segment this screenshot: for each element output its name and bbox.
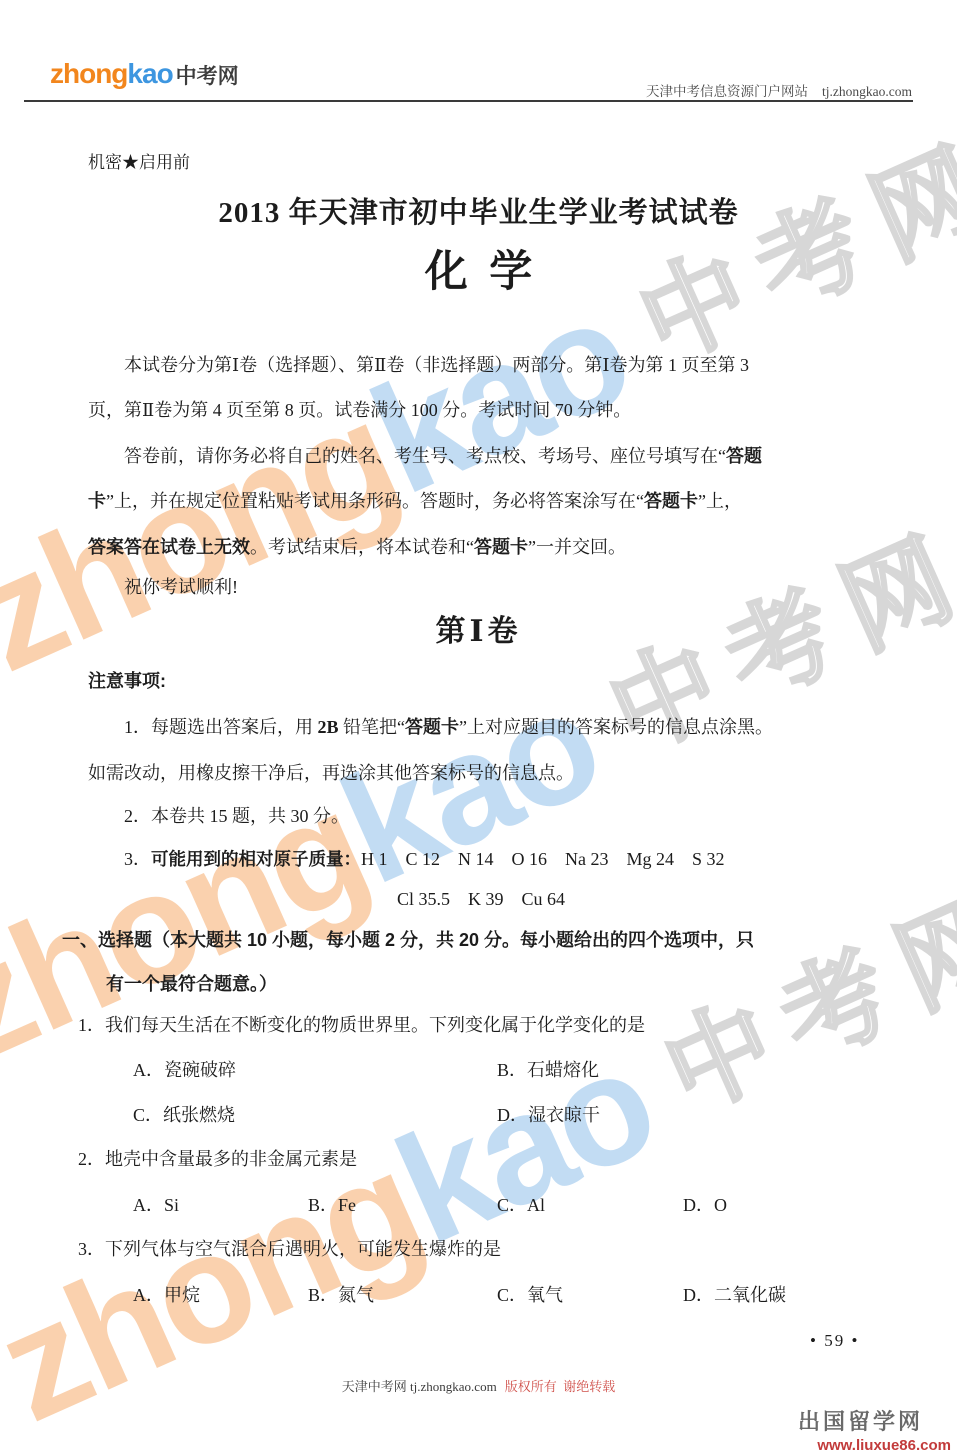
page-number: • 59 • [810, 1331, 859, 1351]
portal-name: 天津中考信息资源门户网站 [646, 84, 808, 99]
intro-line: 页，第Ⅱ卷为第 4 页至第 8 页。试卷满分 100 分。考试时间 70 分钟。 [88, 397, 874, 423]
note-text: H 1 C 12 N 14 O 16 Na 23 Mg 24 S 32 [361, 849, 725, 869]
atomic-mass-line: Cl 35.5 K 39 Cu 64 [397, 889, 565, 909]
option-d: D．二氧化碳 [683, 1281, 786, 1307]
logo-cjk-text: 中考网 [176, 60, 239, 90]
intro-text-bold: 答案答在试卷上无效 [88, 537, 250, 557]
note-line: 如需改动，用橡皮擦干净后，再选涂其他答案标号的信息点。 [88, 760, 874, 786]
intro-text-bold: 答题卡 [644, 491, 698, 511]
option-b: B．Fe [308, 1191, 356, 1217]
option-d: D．O [683, 1191, 727, 1217]
intro-text: 祝你考试顺利! [124, 577, 238, 597]
option-d: D．湿衣晾干 [497, 1101, 600, 1127]
note-text-heiti: 可能用到的相对原子质量： [151, 849, 361, 869]
intro-text-bold: 答题卡 [474, 537, 528, 557]
intro-text: 答卷前，请你务必将自己的姓名、考生号、考点校、考场号、座位号填写在“ [124, 446, 726, 466]
option-a: A．甲烷 [133, 1281, 200, 1307]
intro-line: 本试卷分为第Ⅰ卷（选择题）、第Ⅱ卷（非选择题）两部分。第Ⅰ卷为第 1 页至第 3 [88, 352, 874, 378]
intro-text: 页，第Ⅱ卷为第 4 页至第 8 页。试卷满分 100 分。考试时间 70 分钟。 [88, 400, 631, 420]
exam-title: 2013 年天津市初中毕业生学业考试试卷 [0, 190, 957, 231]
note-text: 如需改动，用橡皮擦干净后，再选涂其他答案标号的信息点。 [88, 763, 574, 783]
note-line: 1．每题选出答案后，用 2B 铅笔把“答题卡”上对应题目的答案标号的信息点涂黑。 [88, 714, 874, 740]
zhongkao-logo[interactable]: zhongkao中考网 [50, 58, 239, 90]
intro-text-bold: 卡 [88, 491, 106, 511]
liuxue-url-link[interactable]: www.liuxue86.com [798, 1437, 951, 1453]
watermark-cjk-text: 中考网 [651, 877, 957, 1128]
header-divider [24, 100, 913, 102]
note-text: 铅笔把“ [339, 717, 406, 737]
intro-text: 本试卷分为第Ⅰ卷（选择题）、第Ⅱ卷（非选择题）两部分。第Ⅰ卷为第 1 页至第 3 [124, 355, 749, 375]
notes-heading: 注意事项: [88, 668, 874, 694]
option-a: A．Si [133, 1191, 179, 1217]
secrecy-notice: 机密★启用前 [88, 148, 190, 173]
section1-heading-line2: 有一个最符合题意。） [106, 971, 892, 997]
note-text: 3． [124, 849, 151, 869]
intro-text: ”上， [698, 491, 742, 511]
portal-url-link[interactable]: tj.zhongkao.com [822, 84, 912, 99]
copyright-site-link[interactable]: 天津中考网 tj.zhongkao.com [342, 1379, 497, 1394]
question-stem: 1．我们每天生活在不断变化的物质世界里。下列变化属于化学变化的是 [78, 1012, 864, 1038]
option-b: B．氮气 [308, 1281, 374, 1307]
question-stem: 2．地壳中含量最多的非金属元素是 [78, 1146, 864, 1172]
option-c: C．纸张燃烧 [133, 1101, 235, 1127]
exam-paper-page: zhongkao 中考网 zhongkao 中考网 zhongkao 中考网 z… [0, 0, 957, 1453]
intro-line: 卡”上，并在规定位置粘贴考试用条形码。答题时，务必将答案涂写在“答题卡”上， [88, 488, 874, 514]
note-line: 3．可能用到的相对原子质量：H 1 C 12 N 14 O 16 Na 23 M… [88, 846, 874, 872]
note-text-bold: 2B [318, 717, 339, 737]
logo-kao-text: kao [127, 58, 172, 90]
option-c: C．氧气 [497, 1281, 563, 1307]
note-line: 2．本卷共 15 题，共 30 分。 [88, 803, 874, 829]
subject-title: 化 学 [0, 238, 957, 299]
note-text: 1．每题选出答案后，用 [124, 717, 318, 737]
liuxue-branding: 出国留学网 www.liuxue86.com [798, 1405, 951, 1453]
intro-line: 祝你考试顺利! [88, 574, 874, 600]
portal-info: 天津中考信息资源门户网站tj.zhongkao.com [632, 80, 912, 100]
note-text: 2．本卷共 15 题，共 30 分。 [124, 806, 349, 826]
option-a: A．瓷碗破碎 [133, 1056, 236, 1082]
note-line: Cl 35.5 K 39 Cu 64 [88, 886, 874, 912]
question-stem: 3．下列气体与空气混合后遇明火，可能发生爆炸的是 [78, 1236, 864, 1262]
option-c: C．Al [497, 1191, 545, 1217]
intro-line: 答卷前，请你务必将自己的姓名、考生号、考点校、考场号、座位号填写在“答题 [88, 443, 874, 469]
section1-heading-line1: 一、选择题（本大题共 10 小题，每小题 2 分，共 20 分。每小题给出的四个… [62, 927, 848, 953]
intro-text-bold: 答题 [726, 446, 762, 466]
intro-text: ”上，并在规定位置粘贴考试用条形码。答题时，务必将答案涂写在“ [106, 491, 644, 511]
logo-zhong-text: zhong [50, 58, 127, 90]
watermark-kao-text: kao [352, 273, 648, 518]
part1-heading: 第Ⅰ卷 [0, 606, 957, 650]
intro-text: 。考试结束后，将本试卷和“ [250, 537, 474, 557]
intro-text: ”一并交回。 [528, 537, 626, 557]
liuxue-site-name: 出国留学网 [798, 1405, 923, 1436]
intro-line: 答案答在试卷上无效。考试结束后，将本试卷和“答题卡”一并交回。 [88, 534, 874, 560]
option-b: B．石蜡熔化 [497, 1056, 599, 1082]
note-text: ”上对应题目的答案标号的信息点涂黑。 [459, 717, 773, 737]
note-text-bold: 答题卡 [405, 717, 459, 737]
copyright-rights: 版权所有 谢绝转载 [505, 1379, 616, 1394]
copyright-line: 天津中考网 tj.zhongkao.com版权所有 谢绝转载 [0, 1376, 957, 1395]
